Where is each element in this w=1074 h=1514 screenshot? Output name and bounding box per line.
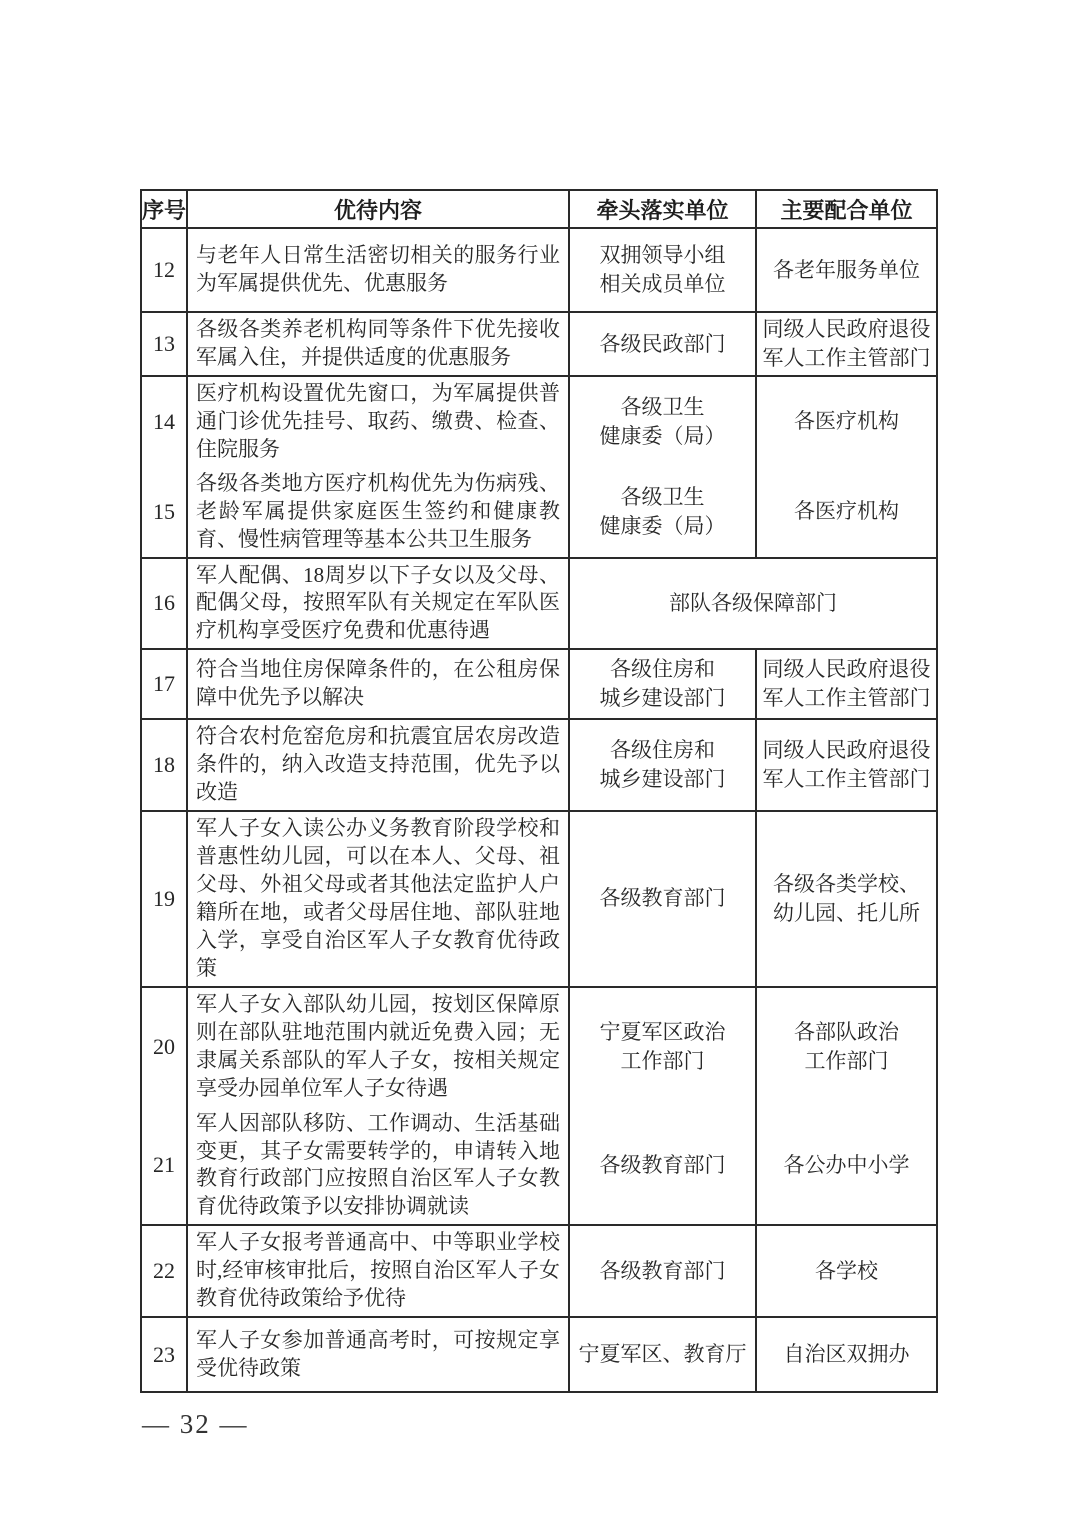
table-row-14: 14 医疗机构设置优先窗口，为军属提供普通门诊优先挂号、取药、缴费、检查、住院服… — [141, 376, 937, 467]
table-header-row: 序号 优待内容 牵头落实单位 主要配合单位 — [141, 190, 937, 228]
table-row-18: 18 符合农村危窑危房和抗震宜居农房改造条件的，纳入改造支持范围，优先予以改造 … — [141, 719, 937, 811]
row-lead-unit: 各级民政部门 — [569, 312, 756, 376]
row-lead-unit: 各级卫生 健康委（局） — [569, 376, 756, 467]
table-row-20: 20 军人子女入部队幼儿园，按划区保障原则在部队驻地范围内就近免费入园；无隶属关… — [141, 987, 937, 1107]
table-row-12: 12 与老年人日常生活密切相关的服务行业为军属提供优先、优惠服务 双拥领导小组 … — [141, 228, 937, 312]
header-lead-unit: 牵头落实单位 — [569, 190, 756, 228]
row-lead-unit: 各级教育部门 — [569, 1225, 756, 1317]
row-number: 17 — [141, 649, 187, 719]
row-support-unit: 各部队政治 工作部门 — [756, 987, 937, 1107]
row-support-unit: 各公办中小学 — [756, 1107, 937, 1226]
row-number: 16 — [141, 558, 187, 650]
row-number: 21 — [141, 1107, 187, 1226]
row-content: 符合当地住房保障条件的，在公租房保障中优先予以解决 — [187, 649, 569, 719]
row-support-unit: 同级人民政府退役 军人工作主管部门 — [756, 719, 937, 811]
row-lead-unit: 双拥领导小组 相关成员单位 — [569, 228, 756, 312]
row-content: 符合农村危窑危房和抗震宜居农房改造条件的，纳入改造支持范围，优先予以改造 — [187, 719, 569, 811]
row-content: 各级各类地方医疗机构优先为伤病残、老龄军属提供家庭医生签约和健康教育、慢性病管理… — [187, 467, 569, 558]
header-support-unit: 主要配合单位 — [756, 190, 937, 228]
row-content: 军人子女入部队幼儿园，按划区保障原则在部队驻地范围内就近免费入园；无隶属关系部队… — [187, 987, 569, 1107]
row-number: 19 — [141, 811, 187, 987]
row-support-unit: 各医疗机构 — [756, 376, 937, 467]
table-row-23: 23 军人子女参加普通高考时，可按规定享受优待政策 宁夏军区、教育厅 自治区双拥… — [141, 1317, 937, 1392]
row-number: 23 — [141, 1317, 187, 1392]
row-merged-unit: 部队各级保障部门 — [569, 558, 937, 650]
row-support-unit: 各级各类学校、 幼儿园、托儿所 — [756, 811, 937, 987]
row-number: 12 — [141, 228, 187, 312]
row-lead-unit: 各级教育部门 — [569, 811, 756, 987]
header-serial-number: 序号 — [141, 190, 187, 228]
row-number: 20 — [141, 987, 187, 1107]
row-support-unit: 各学校 — [756, 1225, 937, 1317]
row-number: 15 — [141, 467, 187, 558]
table-row-17: 17 符合当地住房保障条件的，在公租房保障中优先予以解决 各级住房和 城乡建设部… — [141, 649, 937, 719]
row-content: 医疗机构设置优先窗口，为军属提供普通门诊优先挂号、取药、缴费、检查、住院服务 — [187, 376, 569, 467]
row-number: 13 — [141, 312, 187, 376]
table-row-19: 19 军人子女入读公办义务教育阶段学校和普惠性幼儿园，可以在本人、父母、祖父母、… — [141, 811, 937, 987]
table-row-15: 15 各级各类地方医疗机构优先为伤病残、老龄军属提供家庭医生签约和健康教育、慢性… — [141, 467, 937, 558]
table-row-16: 16 军人配偶、18周岁以下子女以及父母、配偶父母，按照军队有关规定在军队医疗机… — [141, 558, 937, 650]
table-row-13: 13 各级各类养老机构同等条件下优先接收军属入住，并提供适度的优惠服务 各级民政… — [141, 312, 937, 376]
row-lead-unit: 宁夏军区、教育厅 — [569, 1317, 756, 1392]
row-number: 22 — [141, 1225, 187, 1317]
table-row-22: 22 军人子女报考普通高中、中等职业学校时,经审核审批后，按照自治区军人子女教育… — [141, 1225, 937, 1317]
row-number: 18 — [141, 719, 187, 811]
row-content: 与老年人日常生活密切相关的服务行业为军属提供优先、优惠服务 — [187, 228, 569, 312]
row-content: 各级各类养老机构同等条件下优先接收军属入住，并提供适度的优惠服务 — [187, 312, 569, 376]
preferential-treatment-table: 序号 优待内容 牵头落实单位 主要配合单位 12 与老年人日常生活密切相关的服务… — [140, 189, 938, 1393]
header-treatment-content: 优待内容 — [187, 190, 569, 228]
page-number: — 32 — — [142, 1409, 1074, 1440]
row-support-unit: 各老年服务单位 — [756, 228, 937, 312]
row-lead-unit: 各级卫生 健康委（局） — [569, 467, 756, 558]
row-support-unit: 同级人民政府退役 军人工作主管部门 — [756, 312, 937, 376]
row-lead-unit: 各级教育部门 — [569, 1107, 756, 1226]
row-content: 军人子女参加普通高考时，可按规定享受优待政策 — [187, 1317, 569, 1392]
row-support-unit: 各医疗机构 — [756, 467, 937, 558]
row-support-unit: 同级人民政府退役 军人工作主管部门 — [756, 649, 937, 719]
table-row-21: 21 军人因部队移防、工作调动、生活基础变更，其子女需要转学的，申请转入地教育行… — [141, 1107, 937, 1226]
row-content: 军人因部队移防、工作调动、生活基础变更，其子女需要转学的，申请转入地教育行政部门… — [187, 1107, 569, 1226]
row-lead-unit: 各级住房和 城乡建设部门 — [569, 719, 756, 811]
row-number: 14 — [141, 376, 187, 467]
row-content: 军人子女报考普通高中、中等职业学校时,经审核审批后，按照自治区军人子女教育优待政… — [187, 1225, 569, 1317]
row-content: 军人子女入读公办义务教育阶段学校和普惠性幼儿园，可以在本人、父母、祖父母、外祖父… — [187, 811, 569, 987]
row-lead-unit: 各级住房和 城乡建设部门 — [569, 649, 756, 719]
row-lead-unit: 宁夏军区政治 工作部门 — [569, 987, 756, 1107]
row-content: 军人配偶、18周岁以下子女以及父母、配偶父母，按照军队有关规定在军队医疗机构享受… — [187, 558, 569, 650]
row-support-unit: 自治区双拥办 — [756, 1317, 937, 1392]
